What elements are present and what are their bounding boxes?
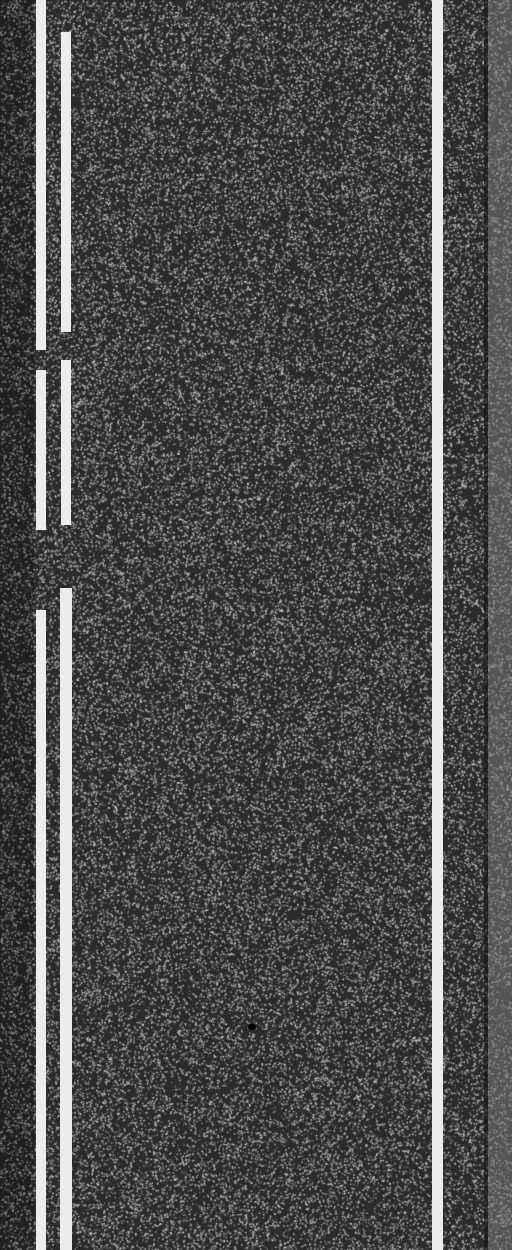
left-inner-line-seg-2: [61, 360, 71, 525]
left-outer-line-seg-3: [36, 610, 46, 1250]
road-surface: [0, 0, 512, 1250]
pothole: [248, 1024, 256, 1030]
left-inner-line-seg-3: [60, 588, 72, 1250]
left-inner-line-seg-1: [61, 32, 71, 332]
left-margin-shadow: [0, 0, 34, 1250]
road-shoulder: [488, 0, 512, 1250]
left-outer-line-seg-2: [36, 370, 46, 530]
left-outer-line-seg-1: [36, 0, 46, 350]
right-edge-line: [432, 0, 443, 1250]
